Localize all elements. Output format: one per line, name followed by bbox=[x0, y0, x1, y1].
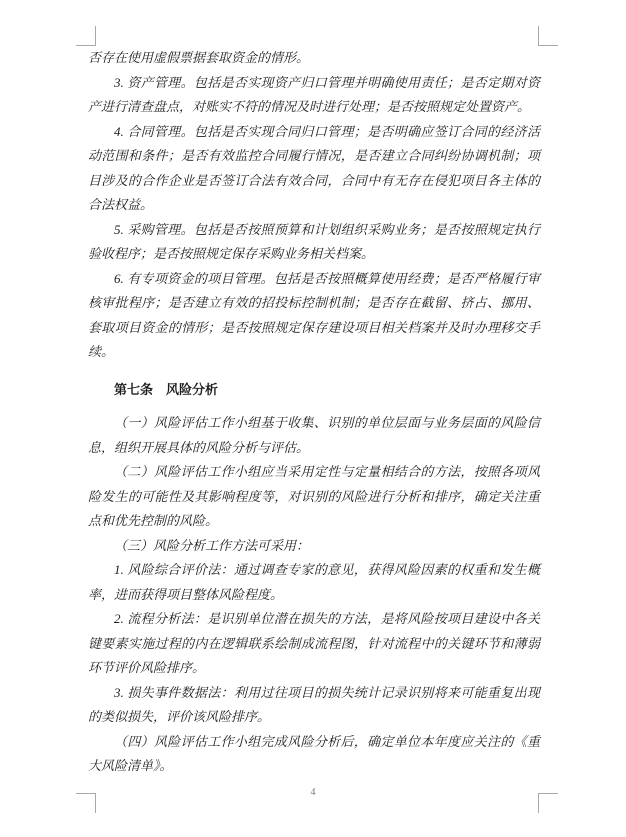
paragraph: 1. 风险综合评价法：通过调查专家的意见，获得风险因素的权重和发生概率，进而获得… bbox=[88, 558, 540, 607]
paragraph: 3. 资产管理。包括是否实现资产归口管理并明确使用责任；是否定期对资产进行清查盘… bbox=[88, 71, 540, 120]
paragraph: 否存在使用虚假票据套取资金的情形。 bbox=[88, 46, 540, 71]
paragraph: 3. 损失事件数据法：利用过往项目的损失统计记录识别将来可能重复出现的类似损失，… bbox=[88, 681, 540, 730]
paragraph: （二）风险评估工作小组应当采用定性与定量相结合的方法，按照各项风险发生的可能性及… bbox=[88, 460, 540, 534]
paragraph: （一）风险评估工作小组基于收集、识别的单位层面与业务层面的风险信息，组织开展具体… bbox=[88, 411, 540, 460]
paragraph: 5. 采购管理。包括是否按照预算和计划组织采购业务；是否按照规定执行验收程序；是… bbox=[88, 218, 540, 267]
paragraph: 2. 流程分析法：是识别单位潜在损失的方法，是将风险按项目建设中各关键要素实施过… bbox=[88, 607, 540, 681]
section-heading: 第七条 风险分析 bbox=[88, 378, 540, 403]
page-number: 4 bbox=[0, 787, 626, 798]
document-page: 否存在使用虚假票据套取资金的情形。 3. 资产管理。包括是否实现资产归口管理并明… bbox=[0, 0, 626, 837]
paragraph: （四）风险评估工作小组完成风险分析后，确定单位本年度应关注的《重大风险清单》。 bbox=[88, 730, 540, 779]
paragraph: （三）风险分析工作方法可采用： bbox=[88, 534, 540, 559]
paragraph: 4. 合同管理。包括是否实现合同归口管理；是否明确应签订合同的经济活动范围和条件… bbox=[88, 120, 540, 218]
document-body: 否存在使用虚假票据套取资金的情形。 3. 资产管理。包括是否实现资产归口管理并明… bbox=[88, 46, 540, 779]
paragraph: 6. 有专项资金的项目管理。包括是否按照概算使用经费；是否严格履行审核审批程序；… bbox=[88, 267, 540, 365]
crop-mark-top-right bbox=[538, 26, 558, 46]
crop-mark-top-left bbox=[76, 26, 96, 46]
